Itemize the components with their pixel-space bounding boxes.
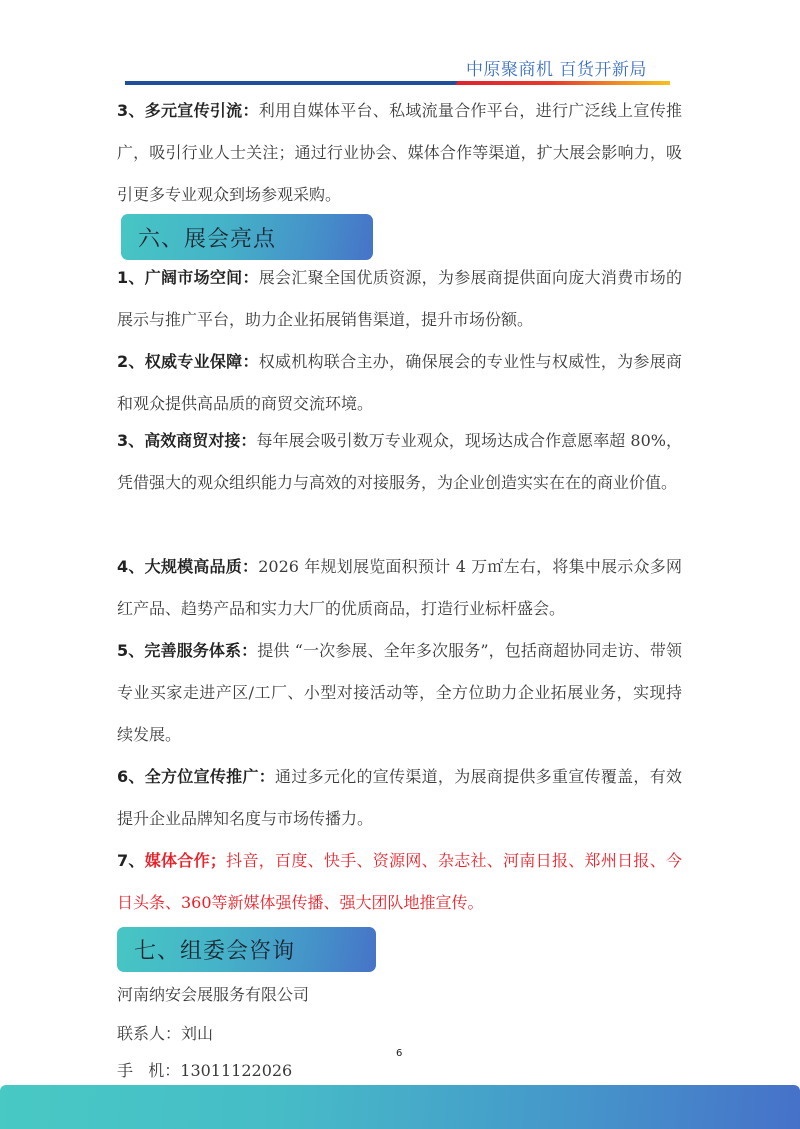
item-lead: 媒体合作； [145, 851, 226, 870]
contact-person: 联系人：刘山 [117, 1021, 213, 1044]
item-lead: 1、广阔市场空间： [117, 268, 259, 287]
page-number: 6 [396, 1048, 402, 1059]
contact-phone: 手 机：13011122026 [117, 1058, 292, 1081]
highlight-item-5: 5、完善服务体系：提供 “一次参展、全年多次服务”，包括商超协同走访、带领专业买… [117, 630, 682, 756]
section-title: 七、组委会咨询 [117, 934, 295, 965]
header-rule-warm [455, 81, 670, 85]
item-lead: 3、高效商贸对接： [117, 431, 256, 450]
footer-band [0, 1085, 800, 1129]
section-title: 六、展会亮点 [121, 222, 276, 253]
highlight-item-1: 1、广阔市场空间：展会汇聚全国优质资源，为参展商提供面向庞大消费市场的展示与推广… [117, 257, 682, 341]
section-heading-highlights: 六、展会亮点 [121, 214, 373, 260]
header-slogan: 中原聚商机 百货开新局 [466, 55, 647, 80]
item-lead: 2、权威专业保障： [117, 352, 259, 371]
highlight-item-6: 6、全方位宣传推广：通过多元化的宣传渠道，为展商提供多重宣传覆盖，有效提升企业品… [117, 756, 682, 840]
highlight-item-2: 2、权威专业保障：权威机构联合主办，确保展会的专业性与权威性，为参展商和观众提供… [117, 341, 682, 425]
highlight-item-4: 4、大规模高品质：2026 年规划展览面积预计 4 万㎡左右，将集中展示众多网红… [117, 546, 682, 630]
header-rule-blue [125, 81, 460, 85]
item-number: 7、 [117, 851, 145, 870]
item-lead: 4、大规模高品质： [117, 557, 258, 576]
company-name: 河南纳安会展服务有限公司 [117, 982, 309, 1005]
section-heading-contact: 七、组委会咨询 [117, 927, 376, 972]
highlight-item-7-media: 7、媒体合作；抖音，百度、快手、资源网、杂志社、河南日报、郑州日报、今日头条、3… [117, 840, 682, 924]
item-lead: 3、多元宣传引流： [117, 101, 259, 120]
highlight-item-3: 3、高效商贸对接：每年展会吸引数万专业观众，现场达成合作意愿率超 80%，凭借强… [117, 420, 682, 504]
item-lead: 6、全方位宣传推广： [117, 767, 275, 786]
item-lead: 5、完善服务体系： [117, 641, 257, 660]
promo-item-3: 3、多元宣传引流：利用自媒体平台、私域流量合作平台，进行广泛线上宣传推广，吸引行… [117, 90, 682, 216]
